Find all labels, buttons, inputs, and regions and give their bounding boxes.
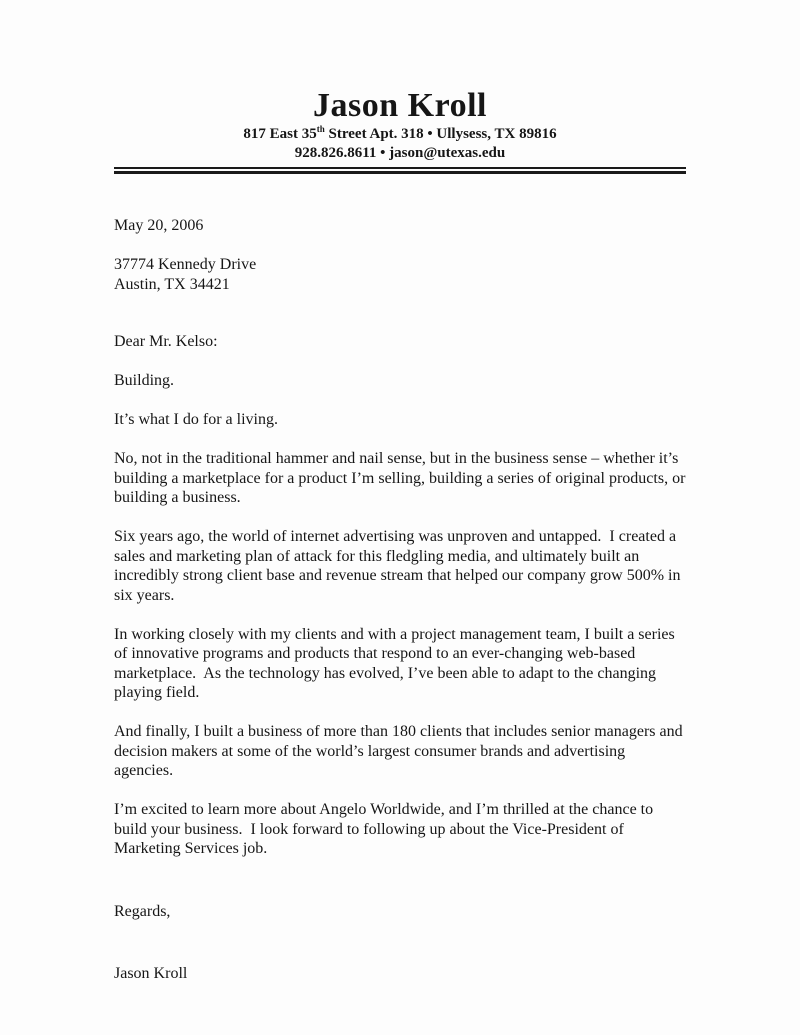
letterhead-name: Jason Kroll <box>114 88 686 124</box>
recipient-address: 37774 Kennedy Drive Austin, TX 34421 <box>114 255 686 294</box>
recipient-address-line: 37774 Kennedy Drive <box>114 255 686 275</box>
letterhead-contact-line: 928.826.8611 • jason@utexas.edu <box>114 144 686 162</box>
letter-body: May 20, 2006 37774 Kennedy Drive Austin,… <box>114 216 686 984</box>
paragraph: In working closely with my clients and w… <box>114 625 686 703</box>
paragraph: Building. <box>114 371 686 391</box>
paragraph: Six years ago, the world of internet adv… <box>114 527 686 605</box>
letterhead: Jason Kroll 817 East 35th Street Apt. 31… <box>114 88 686 174</box>
street-address-post: Street Apt. 318 • Ullysess, TX 89816 <box>325 126 557 142</box>
paragraph: No, not in the traditional hammer and na… <box>114 449 686 508</box>
paragraph: And finally, I built a business of more … <box>114 722 686 781</box>
salutation: Dear Mr. Kelso: <box>114 332 686 352</box>
letter-page: Jason Kroll 817 East 35th Street Apt. 31… <box>0 0 800 1035</box>
street-address-pre: 817 East 35 <box>243 126 316 142</box>
double-rule <box>114 167 686 174</box>
street-address-ordinal: th <box>317 124 325 134</box>
signature-name: Jason Kroll <box>114 964 686 984</box>
rule-bottom-bar <box>114 171 686 174</box>
letter-date: May 20, 2006 <box>114 216 686 236</box>
closing: Regards, <box>114 902 686 922</box>
recipient-address-line: Austin, TX 34421 <box>114 275 686 295</box>
letterhead-street-address: 817 East 35th Street Apt. 318 • Ullysess… <box>114 125 686 143</box>
paragraph: I’m excited to learn more about Angelo W… <box>114 800 686 859</box>
paragraph: It’s what I do for a living. <box>114 410 686 430</box>
